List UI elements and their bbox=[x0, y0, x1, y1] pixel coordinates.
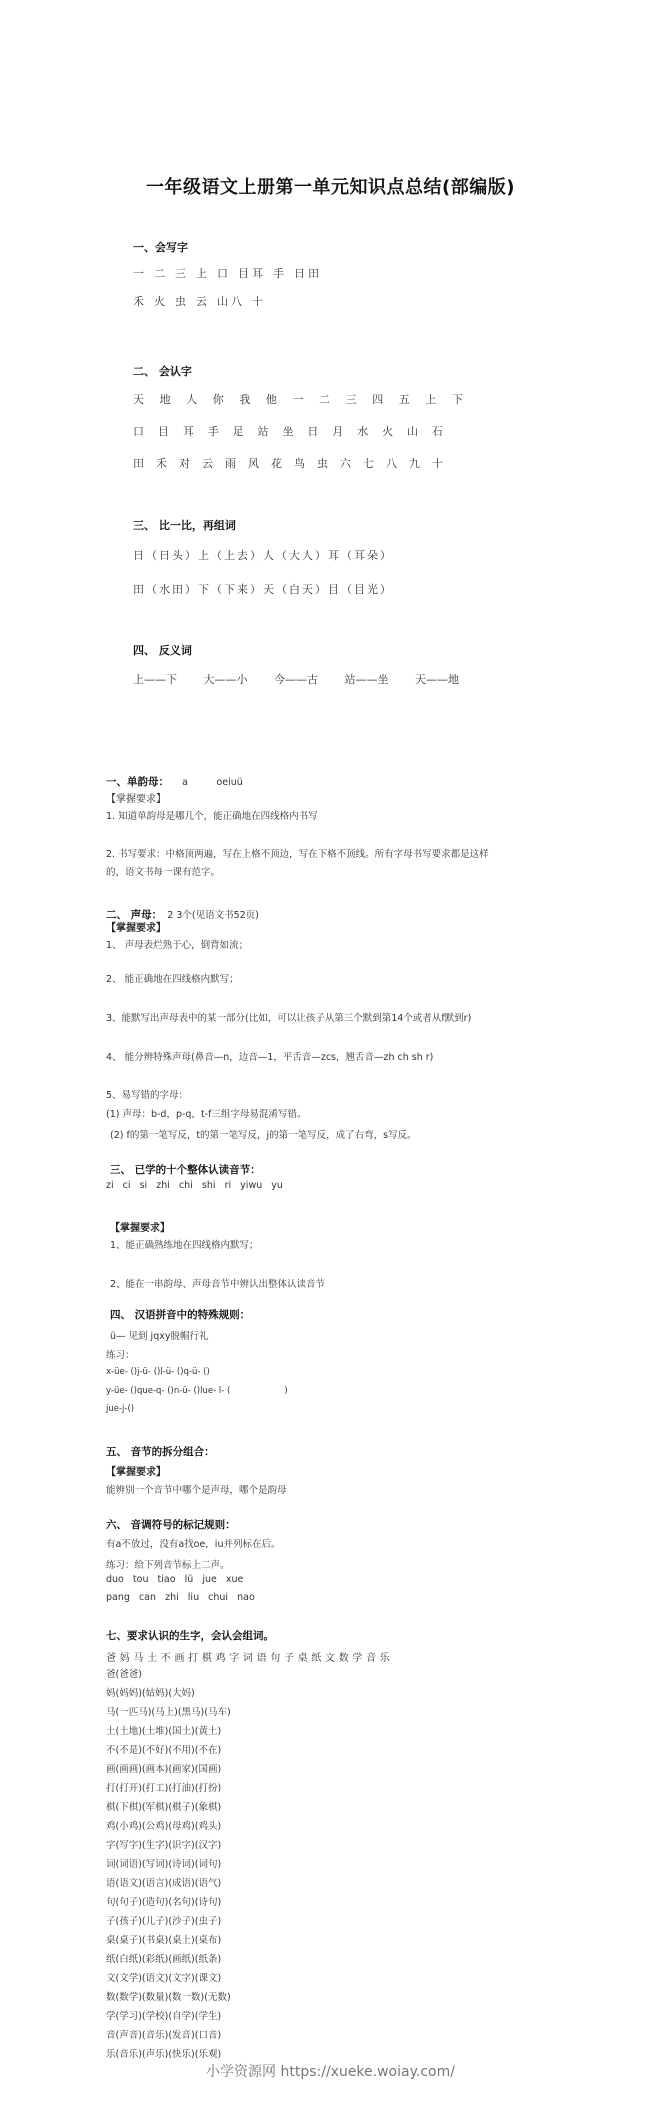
char: 火 bbox=[382, 423, 393, 439]
syllables-list: zi ci si zhi chi shi ri yiwu yu bbox=[106, 1180, 283, 1191]
antonym-pair: 上——下 bbox=[133, 671, 177, 687]
word-line: 不(不是)(不好)(不用)(不在) bbox=[106, 1742, 221, 1756]
char: 鸟 bbox=[294, 455, 305, 471]
list-item: (2) f的第一笔写反，t的第一笔写反，j的第一笔写反，成了右弯，s写反。 bbox=[110, 1127, 417, 1141]
list-item: 1. 知道单韵母是哪几个，能正确地在四线格内书写 bbox=[106, 808, 318, 822]
char: 文 bbox=[325, 1649, 335, 1664]
requirements-label: 【掌握要求】 bbox=[106, 790, 166, 805]
char: 他 bbox=[266, 391, 277, 407]
char: 山 bbox=[217, 293, 228, 309]
section-heading-special-rules: 四、 汉语拼音中的特殊规则： bbox=[110, 1307, 250, 1322]
list-item: 2、 能正确地在四线格内默写； bbox=[106, 971, 239, 985]
char: 云 bbox=[202, 455, 213, 471]
char: 乐 bbox=[380, 1649, 390, 1664]
section-heading-tone-marks: 六、 音调符号的标记规则： bbox=[106, 1517, 236, 1532]
write-chars-row-1: 一二三上口目耳手日田 bbox=[133, 265, 329, 281]
char: 八 bbox=[231, 293, 242, 309]
char: 三 bbox=[175, 265, 186, 281]
body-text: 能辨别一个音节中哪个是声母，哪个是韵母 bbox=[106, 1482, 287, 1496]
rule-text: ü— 见到 jqxy脱帽行礼 bbox=[110, 1328, 208, 1342]
word-line: 爸(爸爸) bbox=[106, 1666, 142, 1680]
word-line: 棋(下棋)(军棋)(棋子)(象棋) bbox=[106, 1799, 221, 1813]
char: 二 bbox=[319, 391, 330, 407]
recognize-chars-row-3: 田禾对云雨风花鸟虫六七八九十 bbox=[133, 455, 443, 471]
char: 虫 bbox=[175, 293, 186, 309]
char: 一 bbox=[133, 265, 144, 281]
char: 语 bbox=[257, 1649, 267, 1664]
char: 七 bbox=[363, 455, 374, 471]
recognize-chars-row-1: 天地人你我他一二三四五上下 bbox=[133, 391, 463, 407]
antonym-pair: 站——坐 bbox=[345, 671, 389, 687]
char: 数 bbox=[339, 1649, 349, 1664]
list-item: 1、 声母表烂熟于心，倒背如流； bbox=[106, 937, 248, 951]
char: 站 bbox=[258, 423, 269, 439]
heading-value: 2 3个(见语文书52页) bbox=[167, 910, 259, 921]
list-item: 1、能正确熟练地在四线格内默写； bbox=[110, 1237, 259, 1251]
word-group: 田（水田） bbox=[133, 581, 198, 597]
section-heading-new-chars: 七、要求认识的生字，会认会组词。 bbox=[106, 1628, 274, 1643]
word-line: 土(土地)(土堆)(国土)(黄土) bbox=[106, 1723, 221, 1737]
char: 音 bbox=[366, 1649, 376, 1664]
word-group: 下（下来） bbox=[198, 581, 263, 597]
char: 字 bbox=[229, 1649, 239, 1664]
char: 对 bbox=[179, 455, 190, 471]
char: 日 bbox=[294, 265, 305, 281]
word-line: 语(语文)(语言)(成语)(语气) bbox=[106, 1875, 221, 1889]
char: 目 bbox=[238, 265, 249, 281]
section-heading-recognize-chars: 二、 会认字 bbox=[133, 363, 192, 379]
char: 坐 bbox=[282, 423, 293, 439]
practice-line: y-üe- ()que-q- ()n-ü- ()lue- l- ( ) bbox=[106, 1386, 288, 1396]
word-line: 鸡(小鸡)(公鸡)(母鸡)(鸡头) bbox=[106, 1818, 221, 1832]
word-group: 日（日头） bbox=[133, 547, 198, 563]
char: 六 bbox=[340, 455, 351, 471]
char: 棋 bbox=[202, 1649, 212, 1664]
char: 耳 bbox=[252, 265, 263, 281]
char: 下 bbox=[452, 391, 463, 407]
word-line: 子(孩子)(儿子)(沙子)(虫子) bbox=[106, 1913, 221, 1927]
word-line: 字(写字)(生字)(识字)(汉字) bbox=[106, 1837, 221, 1851]
char: 田 bbox=[308, 265, 319, 281]
new-chars-row: 爸妈马土不画打棋鸡字词语句子桌纸文数学音乐 bbox=[106, 1649, 390, 1664]
char: 桌 bbox=[298, 1649, 308, 1664]
word-group: 天（白天） bbox=[263, 581, 328, 597]
char: 目 bbox=[158, 423, 169, 439]
char: 马 bbox=[133, 1649, 143, 1664]
char: 画 bbox=[174, 1649, 184, 1664]
char: 不 bbox=[161, 1649, 171, 1664]
char: 句 bbox=[270, 1649, 280, 1664]
char: 一 bbox=[292, 391, 303, 407]
word-line: 音(声音)(音乐)(发音)(口音) bbox=[106, 2027, 221, 2041]
char: 足 bbox=[233, 423, 244, 439]
word-line: 画(画画)(画本)(画家)(国画) bbox=[106, 1761, 221, 1775]
char: 纸 bbox=[311, 1649, 321, 1664]
char: 田 bbox=[133, 455, 144, 471]
word-line: 文(文学)(语文)(文字)(课文) bbox=[106, 1970, 221, 1984]
list-item: 4、 能分辨特殊声母(鼻音—n，边音—1，平舌音—zcs，翘舌音—zh ch s… bbox=[106, 1049, 433, 1063]
section-heading-compare: 三、 比一比，再组词 bbox=[133, 517, 236, 533]
antonyms-row: 上——下大——小今——古站——坐天——地 bbox=[133, 671, 459, 687]
char: 云 bbox=[196, 293, 207, 309]
antonym-pair: 今——古 bbox=[274, 671, 318, 687]
char: 雨 bbox=[225, 455, 236, 471]
word-group: 上（上去） bbox=[198, 547, 263, 563]
char: 土 bbox=[147, 1649, 157, 1664]
char: 十 bbox=[432, 455, 443, 471]
watermark: 小学资源网 https://xueke.woiay.com/ bbox=[0, 2061, 661, 2081]
char: 风 bbox=[248, 455, 259, 471]
list-item: 2、能在一串韵母、声母音节中辨认出整体认读音节 bbox=[110, 1276, 325, 1290]
recognize-chars-row-2: 口目耳手足站坐日月水火山石 bbox=[133, 423, 443, 439]
char: 日 bbox=[307, 423, 318, 439]
word-line: 马(一匹马)(马上)(黑马)(马车) bbox=[106, 1704, 231, 1718]
char: 月 bbox=[332, 423, 343, 439]
char: 我 bbox=[239, 391, 250, 407]
char: 人 bbox=[186, 391, 197, 407]
section-heading-syllable-split: 五、 音节的拆分组合： bbox=[106, 1444, 215, 1459]
word-line: 乐(音乐)(声乐)(快乐)(乐观) bbox=[106, 2046, 221, 2060]
char: 打 bbox=[188, 1649, 198, 1664]
practice-label: 练习：给下列音节标上二声。 bbox=[106, 1557, 230, 1571]
compare-row-1: 日（日头）上（上去）人（大人）耳（耳朵） bbox=[133, 547, 343, 563]
word-line: 打(打开)(打工)(打油)(打扮) bbox=[106, 1780, 221, 1794]
requirements-label: 【掌握要求】 bbox=[106, 1463, 166, 1478]
heading-value: a oeiuü bbox=[182, 777, 243, 788]
list-item: 3、能默写出声母表中的某一部分(比如，可以让孩子从第三个默到第14个或者从f默到… bbox=[106, 1010, 471, 1024]
char: 口 bbox=[217, 265, 228, 281]
char: 石 bbox=[432, 423, 443, 439]
list-item: 5、易写错的字母： bbox=[106, 1087, 188, 1101]
word-line: 桌(桌子)(书桌)(桌上)(桌布) bbox=[106, 1932, 221, 1946]
list-item: (1) 声母：b-d，p-q，t-f三组字母易混淆写错。 bbox=[106, 1106, 306, 1120]
section-single-finals: 一、单韵母： a oeiuü bbox=[106, 770, 243, 789]
word-group: 目（目光） bbox=[328, 581, 393, 597]
char: 上 bbox=[196, 265, 207, 281]
document-title: 一年级语文上册第一单元知识点总结(部编版) bbox=[0, 173, 661, 199]
char: 子 bbox=[284, 1649, 294, 1664]
char: 手 bbox=[273, 265, 284, 281]
char: 八 bbox=[386, 455, 397, 471]
practice-line: pang can zhi liu chui nao bbox=[106, 1592, 255, 1603]
section-heading: 一、单韵母： bbox=[106, 776, 169, 788]
word-line: 学(学习)(学校)(自学)(学生) bbox=[106, 2008, 221, 2022]
char: 词 bbox=[243, 1649, 253, 1664]
section-heading-antonyms: 四、 反义词 bbox=[133, 642, 192, 658]
char: 手 bbox=[208, 423, 219, 439]
rule-text: 有a不放过，没有a找oe，iu并列标在后。 bbox=[106, 1536, 280, 1550]
requirements-label: 【掌握要求】 bbox=[106, 919, 166, 934]
practice-label: 练习： bbox=[106, 1347, 135, 1361]
char: 二 bbox=[154, 265, 165, 281]
char: 鸡 bbox=[216, 1649, 226, 1664]
char: 学 bbox=[352, 1649, 362, 1664]
char: 爸 bbox=[106, 1649, 116, 1664]
char: 天 bbox=[133, 391, 144, 407]
section-heading-write-chars: 一、会写字 bbox=[133, 239, 188, 255]
compare-row-2: 田（水田）下（下来）天（白天）目（目光） bbox=[133, 581, 348, 597]
char: 五 bbox=[399, 391, 410, 407]
word-group: 人（大人） bbox=[263, 547, 328, 563]
char: 你 bbox=[213, 391, 224, 407]
char: 四 bbox=[372, 391, 383, 407]
char: 妈 bbox=[120, 1649, 130, 1664]
char: 上 bbox=[425, 391, 436, 407]
char: 禾 bbox=[156, 455, 167, 471]
word-line: 句(句子)(造句)(名句)(诗句) bbox=[106, 1894, 221, 1908]
word-line: 妈(妈妈)(姑妈)(大妈) bbox=[106, 1685, 195, 1699]
list-item: 2. 书写要求：中格顶两遍，写在上格不顶边，写在下格不顶线。所有字母书写要求都是… bbox=[106, 846, 489, 860]
section-heading-whole-syllables: 三、 已学的十个整体认读音节： bbox=[110, 1162, 261, 1177]
char: 口 bbox=[133, 423, 144, 439]
char: 禾 bbox=[133, 293, 144, 309]
practice-line: jue-j-() bbox=[106, 1404, 134, 1414]
char: 九 bbox=[409, 455, 420, 471]
antonym-pair: 天——地 bbox=[415, 671, 459, 687]
antonym-pair: 大——小 bbox=[204, 671, 248, 687]
char: 地 bbox=[160, 391, 171, 407]
requirements-label: 【掌握要求】 bbox=[110, 1219, 170, 1234]
char: 火 bbox=[154, 293, 165, 309]
list-item: 的，语文书每一课有范字。 bbox=[106, 864, 220, 878]
write-chars-row-2: 禾火虫云山八十 bbox=[133, 293, 273, 309]
word-line: 词(词语)(写词)(诗词)(词句) bbox=[106, 1856, 221, 1870]
char: 耳 bbox=[183, 423, 194, 439]
char: 花 bbox=[271, 455, 282, 471]
word-line: 纸(白纸)(彩纸)(画纸)(纸条) bbox=[106, 1951, 221, 1965]
practice-line: x-üe- ()j-ü- ()l-ü- ()q-ü- () bbox=[106, 1367, 210, 1377]
word-group: 耳（耳朵） bbox=[328, 547, 393, 563]
practice-line: duo tou tiao lü jue xue bbox=[106, 1574, 243, 1585]
char: 十 bbox=[252, 293, 263, 309]
word-line: 数(数学)(数量)(数一数)(无数) bbox=[106, 1989, 231, 2003]
char: 水 bbox=[357, 423, 368, 439]
char: 三 bbox=[346, 391, 357, 407]
char: 虫 bbox=[317, 455, 328, 471]
char: 山 bbox=[407, 423, 418, 439]
